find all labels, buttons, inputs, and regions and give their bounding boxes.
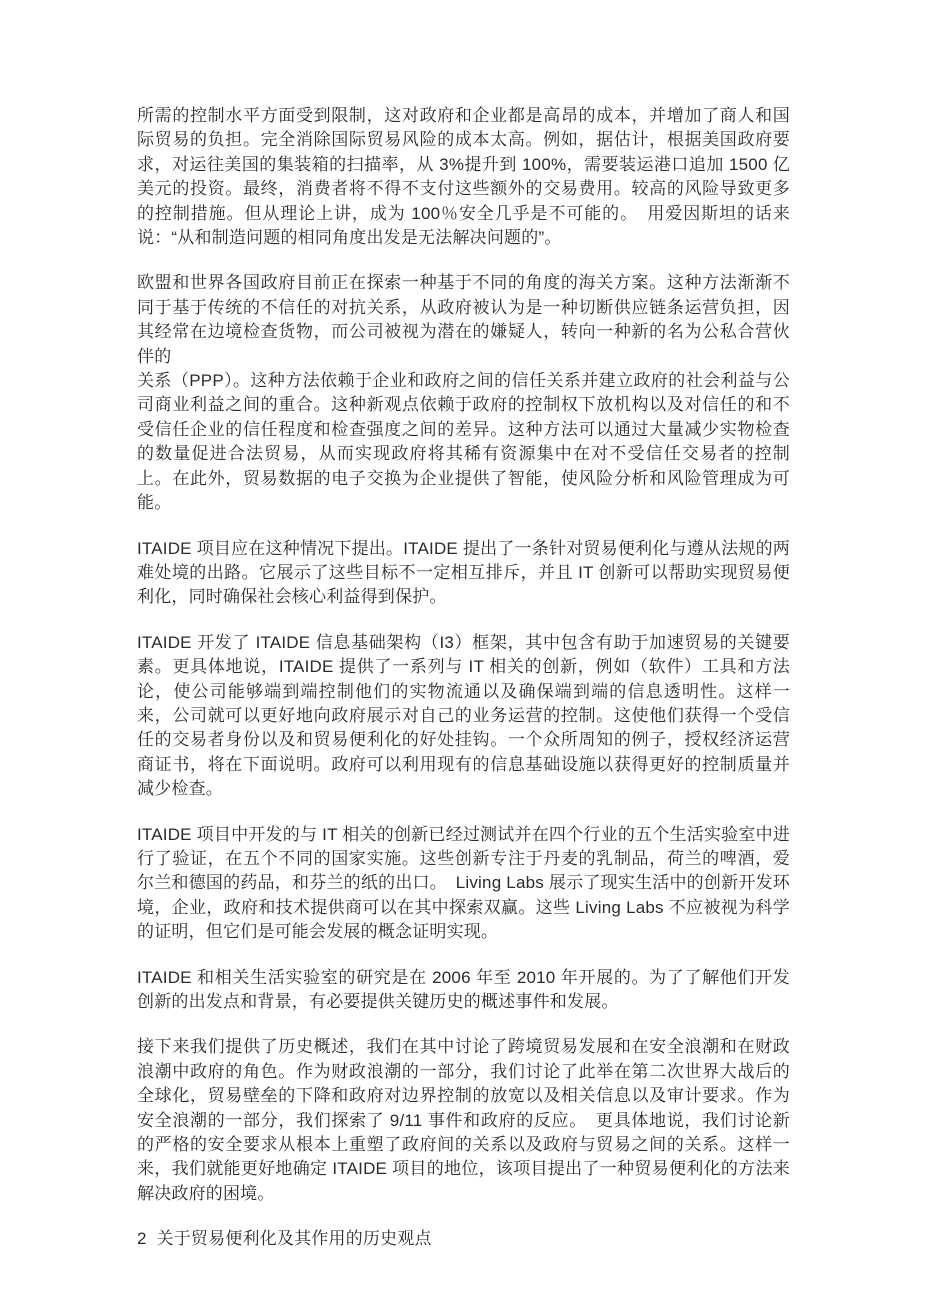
document-page: 所需的控制水平方面受到限制，这对政府和企业都是高昂的成本，并增加了商人和国际贸易…: [137, 104, 790, 1252]
paragraph: 接下来我们提供了历史概述，我们在其中讨论了跨境贸易发展和在安全浪潮和在财政浪潮中…: [137, 1035, 790, 1206]
paragraph: ITAIDE 开发了 ITAIDE 信息基础架构（I3）框架，其中包含有助于加速…: [137, 631, 790, 802]
section-heading: 2 关于贸易便利化及其作用的历史观点: [137, 1227, 790, 1251]
paragraph: 欧盟和世界各国政府目前正在探索一种基于不同的角度的海关方案。这种方法渐渐不同于基…: [137, 271, 790, 515]
paragraph: ITAIDE 项目应在这种情况下提出。ITAIDE 提出了一条针对贸易便利化与遵…: [137, 537, 790, 610]
paragraph: ITAIDE 和相关生活实验室的研究是在 2006 年至 2010 年开展的。为…: [137, 966, 790, 1015]
paragraph: ITAIDE 项目中开发的与 IT 相关的创新已经过测试并在四个行业的五个生活实…: [137, 823, 790, 945]
paragraph: 所需的控制水平方面受到限制，这对政府和企业都是高昂的成本，并增加了商人和国际贸易…: [137, 104, 790, 250]
